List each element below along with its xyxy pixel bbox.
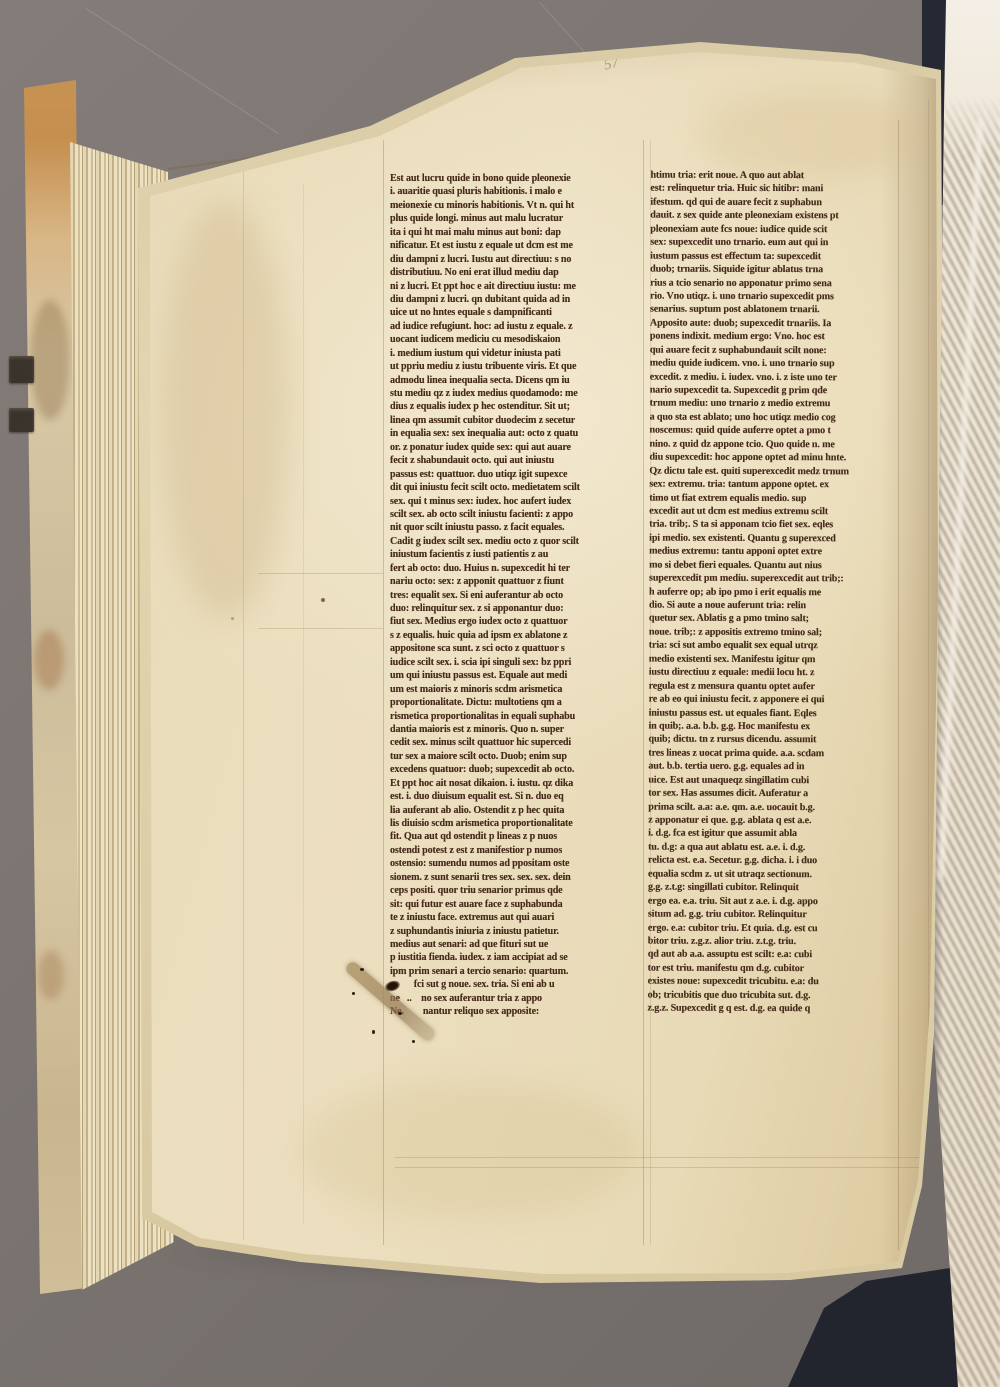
text-line: excedit aut ut dcm est medius extremu sc… xyxy=(649,504,901,518)
text-line: ifestum. qd qui de auare fecit z suphabu… xyxy=(650,195,902,209)
ruling-line-horizontal xyxy=(258,573,383,574)
text-line: ceps positi. quor triu senarior primus q… xyxy=(390,884,646,897)
text-line: nario supexcedit ta. Supexcedit g prim q… xyxy=(650,384,902,398)
text-line: p iustitia fienda. iudex. z iam accipiat… xyxy=(390,951,646,964)
text-line: proportionalitate. Dictu: multotiens qm … xyxy=(390,696,646,709)
text-line: nificatur. Et est iustu z equale ut dcm … xyxy=(390,239,646,252)
text-line: appositone sca sunt. z sci octo z quattu… xyxy=(390,642,646,655)
text-line: fit. Qua aut qd ostendit p lineas z p nu… xyxy=(390,830,646,843)
text-line: i. d.g. fca est igitur que assumit abla xyxy=(648,827,900,841)
text-line: tria: sci sut ambo equalit sex equal utr… xyxy=(649,639,901,653)
manuscript-photo: { "manuscript": { "folio_mark": "57", "l… xyxy=(0,0,1000,1387)
text-line: stu mediu qz z iudex medius quodamodo: m… xyxy=(390,387,646,400)
text-line: sit: qui futur est auare face z suphabun… xyxy=(390,898,646,911)
text-line: medius extremu: tantu apponi optet extre xyxy=(649,545,901,559)
text-line: est: relinquetur tria. Huic sic hitibr: … xyxy=(650,182,902,196)
text-line: ergo. e.a: cubitor triu. Et quia. d.g. e… xyxy=(648,921,900,935)
ruling-line-vertical xyxy=(303,185,304,1225)
text-line: Est aut lucru quide in bono quide pleone… xyxy=(390,172,646,185)
text-line: excedens quatuor: duob; supexcedit ab oc… xyxy=(390,763,646,776)
text-line: superexcedit pm mediu. superexcedit aut … xyxy=(649,572,901,586)
text-line: noue. trib;: z appositis extremo tmino s… xyxy=(649,625,901,639)
text-line: plus quide longi. minus aut malu lucratu… xyxy=(390,212,646,225)
ruling-line-horizontal xyxy=(258,628,383,629)
text-line: te z iniustu face. extremus aut qui auar… xyxy=(390,911,646,924)
text-line: ostensio: sumendu numos ad ppositam oste xyxy=(390,857,646,870)
text-line: ne .. no sex auferantur tria z appo xyxy=(390,992,646,1005)
text-line: g.g. z.t.g: singillati cubitor. Relinqui… xyxy=(648,881,900,895)
text-line: cedit sex. minus scilt quattuor hic supe… xyxy=(390,736,646,749)
text-line: Ne. nantur reliquo sex apposite: xyxy=(390,1005,646,1018)
ink-speck xyxy=(412,1040,415,1043)
text-line: sex: supexcedit uno trnario. eum aut qui… xyxy=(650,236,902,250)
text-line: qd aut ab a.a. assuptu est scilt: e.a: c… xyxy=(648,948,900,962)
text-line: in equalia sex: sex inequalia aut: octo … xyxy=(390,427,646,440)
text-line: quib; dictu. tn z rursus dicendu. assumi… xyxy=(648,733,900,747)
metal-clasp xyxy=(9,356,34,383)
text-line: tres lineas z uocat prima quide. a.a. sc… xyxy=(648,746,900,760)
text-line: z.g.z. Supexcedit g q est. d.g. ea quide… xyxy=(648,1002,900,1016)
text-line: situm ad. g.g. triu cubitor. Relinquitur xyxy=(648,908,900,922)
text-line: z apponatur ei que. g.g. ablata q est a.… xyxy=(648,814,900,828)
leather-stain xyxy=(38,950,64,1000)
text-line: ut ppriu mediu z iustu tribuente viris. … xyxy=(390,360,646,373)
text-line: diu dampni z lucri. qn dubitant quida ad… xyxy=(390,293,646,306)
text-line: mediu quide iudicem. vno. i. uno trnario… xyxy=(650,357,902,371)
text-line: in quib;. a.a. b.b. g.g. Hoc manifestu e… xyxy=(649,719,901,733)
text-line: nino. z quid dz appone tcio. Quo quide n… xyxy=(649,437,901,451)
text-line: lia auferant ab alio. Ostendit z p hec q… xyxy=(390,804,646,817)
text-line: est. i. duo diuisum equalit est. Si n. d… xyxy=(390,790,646,803)
text-line: ipi medio. sex existenti. Quantu g super… xyxy=(649,531,901,545)
text-column-right: htimu tria: erit noue. A quo aut ablates… xyxy=(648,169,903,1016)
text-line: timo ut fiat extrem equalis medio. sup xyxy=(649,491,901,505)
text-line: diu supexcedit: hoc appone optet ad minu… xyxy=(649,451,901,465)
text-line: excedit. z mediu. i. iudex. vno. i. z is… xyxy=(650,370,902,384)
text-line: diu dampni z lucri. Iustu aut directiuu:… xyxy=(390,253,646,266)
text-line: tres: equalit sex. Si eni auferantur ab … xyxy=(390,589,646,602)
text-line: duob; trnariis. Siquide igitur ablatus t… xyxy=(650,263,902,277)
text-line: Cadit g iudex scilt sex. mediu octo z qu… xyxy=(390,535,646,548)
text-line: sex. qui t minus sex: iudex. hoc aufert … xyxy=(390,495,646,508)
text-line: sex: extremu. tria: tantum appone optet.… xyxy=(649,478,901,492)
text-line: tria. trib;. S ta si apponam tcio fiet s… xyxy=(649,518,901,532)
text-line: distributiuu. No eni erat illud mediu da… xyxy=(390,266,646,279)
text-line: fiut sex. Medius ergo iudex octo z quatt… xyxy=(390,615,646,628)
text-line: ob; tricubitis que duo tricubita sut. d.… xyxy=(648,988,900,1002)
text-line: dit qui iniustu fecit scilt octo. mediet… xyxy=(390,481,646,494)
text-line: htimu tria: erit noue. A quo aut ablat xyxy=(650,169,902,183)
text-line: existes noue: supexcedit tricubitu. e.a:… xyxy=(648,975,900,989)
text-line: ipm prim senari a tercio senario: quartu… xyxy=(390,965,646,978)
text-line: qui auare fecit z suphabundauit scilt no… xyxy=(650,343,902,357)
text-line: equalia scdm z. ut sit utraqz sectionum. xyxy=(648,867,900,881)
text-line: medio existenti sex. Manifestu igitur qm xyxy=(649,652,901,666)
text-line: ad iudice refugiunt. hoc: ad iustu z equ… xyxy=(390,320,646,333)
text-line: dius z equalis iudex p hec ostenditur. S… xyxy=(390,400,646,413)
text-line: h auferre op; ab ipo pmo i erit equalis … xyxy=(649,585,901,599)
text-line: nit quor scilt iniustu passo. z facit eq… xyxy=(390,521,646,534)
leather-stain xyxy=(30,300,70,420)
text-line: uocant iudicem mediciu cu mesodiskaion xyxy=(390,333,646,346)
text-line: s z equalis. huic quia ad ipsm ex ablato… xyxy=(390,629,646,642)
text-line: quetur sex. Ablatis g a pmo tmino salt; xyxy=(649,612,901,626)
text-line: duo: relinquitur sex. z si apponantur du… xyxy=(390,602,646,615)
text-line: i. auaritie quasi pluris habitionis. i m… xyxy=(390,185,646,198)
text-line: Qz dictu tale est. quiti superexcedit me… xyxy=(649,464,901,478)
text-column-left: Est aut lucru quide in bono quide pleone… xyxy=(390,172,646,1019)
text-line: senarius. suptum post ablatonem trnarii. xyxy=(650,303,902,317)
text-line: pleonexiam aute fcs noue: iudice quide s… xyxy=(650,222,902,236)
text-line: fert ab octo: duo. Huius n. supexcedit h… xyxy=(390,562,646,575)
text-line: rismetica proportionalitas in equali sup… xyxy=(390,710,646,723)
leather-stain xyxy=(34,630,64,690)
background-scratch xyxy=(85,8,278,134)
text-line: uice ut no hntes equale s dampnificanti xyxy=(390,306,646,319)
text-line: bitor triu. z.g.z. alior triu. z.t.g. tr… xyxy=(648,934,900,948)
text-line: iniustum facientis z iusti patientis z a… xyxy=(390,548,646,561)
text-line: iustu directiuu z equale: medii locu ht.… xyxy=(649,666,901,680)
text-line: tur sex a maiore scilt octo. Duob; enim … xyxy=(390,750,646,763)
parchment-stain xyxy=(300,1080,640,1220)
ink-speck xyxy=(352,992,355,995)
ink-speck xyxy=(398,1012,402,1015)
text-line: tor sex. Has assumes dicit. Auferatur a xyxy=(648,787,900,801)
text-line: dio. Si aute a noue auferunt tria: relin xyxy=(649,599,901,613)
parchment-stain xyxy=(700,90,920,180)
text-line: lis diuisio scdm arismetica proportional… xyxy=(390,817,646,830)
text-line: iustum passus est effectum ta: supexcedi… xyxy=(650,249,902,263)
text-line: z suphundantis iniuria z iniustu patietu… xyxy=(390,925,646,938)
text-line: iniustu passus est. ut equales fiant. Eq… xyxy=(649,706,901,720)
ruling-line-vertical xyxy=(243,165,244,1240)
ink-speck xyxy=(360,968,364,971)
text-line: prima scilt. a.a: a.e. qm. a.e. uocauit … xyxy=(648,800,900,814)
text-line: iudice scilt sex. i. scia ipi singuli se… xyxy=(390,656,646,669)
text-line: fecit z shabundauit octo. qui aut iniust… xyxy=(390,454,646,467)
ruling-line-horizontal xyxy=(395,1157,940,1158)
text-line: re ab eo qui iniustu fecit. z apponere e… xyxy=(649,693,901,707)
text-line: ita i qui ht mai malu minus aut boni: da… xyxy=(390,226,646,239)
text-line: um qui iniustu passus est. Equale aut me… xyxy=(390,669,646,682)
text-line: trnum mediu: uno trnario z medio extremu xyxy=(650,397,902,411)
text-line: Et ppt hoc ait nosat dikaion. i. iustu. … xyxy=(390,777,646,790)
text-line: nariu octo: sex: z apponit quattuor z fi… xyxy=(390,575,646,588)
text-line: sionem. z sunt senarii tres sex. sex. se… xyxy=(390,871,646,884)
text-line: tor est triu. manifestu qm d.g. cubitor xyxy=(648,961,900,975)
text-line: relicta est. e.a. Secetur. g.g. dicha. i… xyxy=(648,854,900,868)
text-line: dauit. z sex quide ante pleonexiam exist… xyxy=(650,209,902,223)
text-line: medius aut senari: ad que fituri sut ue xyxy=(390,938,646,951)
text-line: tu. d.g: a qua aut ablatu est. a.e. i. d… xyxy=(648,840,900,854)
text-line: aut. b.b. tertia uero. g.g. equales ad i… xyxy=(648,760,900,774)
text-line: mo si debet fieri equales. Quantu aut ni… xyxy=(649,558,901,572)
text-line: ergo ea. e.a. triu. Sit aut z a.e. i. d.… xyxy=(648,894,900,908)
text-line: passus est: quattuor. duo utiqz igit sup… xyxy=(390,468,646,481)
text-line: Apposito aute: duob; supexcedit trnariis… xyxy=(650,316,902,330)
text-line: fci sut g noue. sex. tria. Si eni ab u xyxy=(390,978,646,991)
margin-dot xyxy=(321,598,325,602)
parchment-stain xyxy=(160,200,290,620)
text-line: uice. Est aut unaqueqz singillatim cubi xyxy=(648,773,900,787)
text-line: ponens indixit. medium ergo: Vno. hoc es… xyxy=(650,330,902,344)
text-line: ostendi potest z est z manifestior p num… xyxy=(390,844,646,857)
text-line: or. z ponatur iudex quide sex: qui aut a… xyxy=(390,441,646,454)
text-line: admodu linea inequalia secta. Dicens qm … xyxy=(390,374,646,387)
text-line: i. medium iustum qui videtur iniusta pat… xyxy=(390,347,646,360)
text-line: meionexie cu minoris habitionis. Vt n. q… xyxy=(390,199,646,212)
ruling-line-vertical xyxy=(383,140,384,1245)
metal-clasp xyxy=(9,408,34,432)
text-line: um est maioris z minoris scdm arismetica xyxy=(390,683,646,696)
margin-dot xyxy=(231,617,234,620)
text-line: regula est z mensura quantu optet aufer xyxy=(649,679,901,693)
text-line: a quo sta est ablato; uno hoc utiqz medi… xyxy=(650,410,902,424)
text-line: linea qm assumit cubitor duodecim z sece… xyxy=(390,414,646,427)
text-line: noscemus: quid quide auferre optet a pmo… xyxy=(650,424,902,438)
text-line: rius a tcio senario no apponatur primo s… xyxy=(650,276,902,290)
text-line: dantia maioris est z minoris. Quo n. sup… xyxy=(390,723,646,736)
text-line: ni z lucri. Et ppt hoc e ait directiuu i… xyxy=(390,280,646,293)
text-line: scilt sex. ab octo scilt iniustu facient… xyxy=(390,508,646,521)
ink-speck xyxy=(372,1030,375,1034)
ruling-line-horizontal xyxy=(395,1167,940,1168)
text-line: rio. Vno utiqz. i. uno trnario supexcedi… xyxy=(650,289,902,303)
